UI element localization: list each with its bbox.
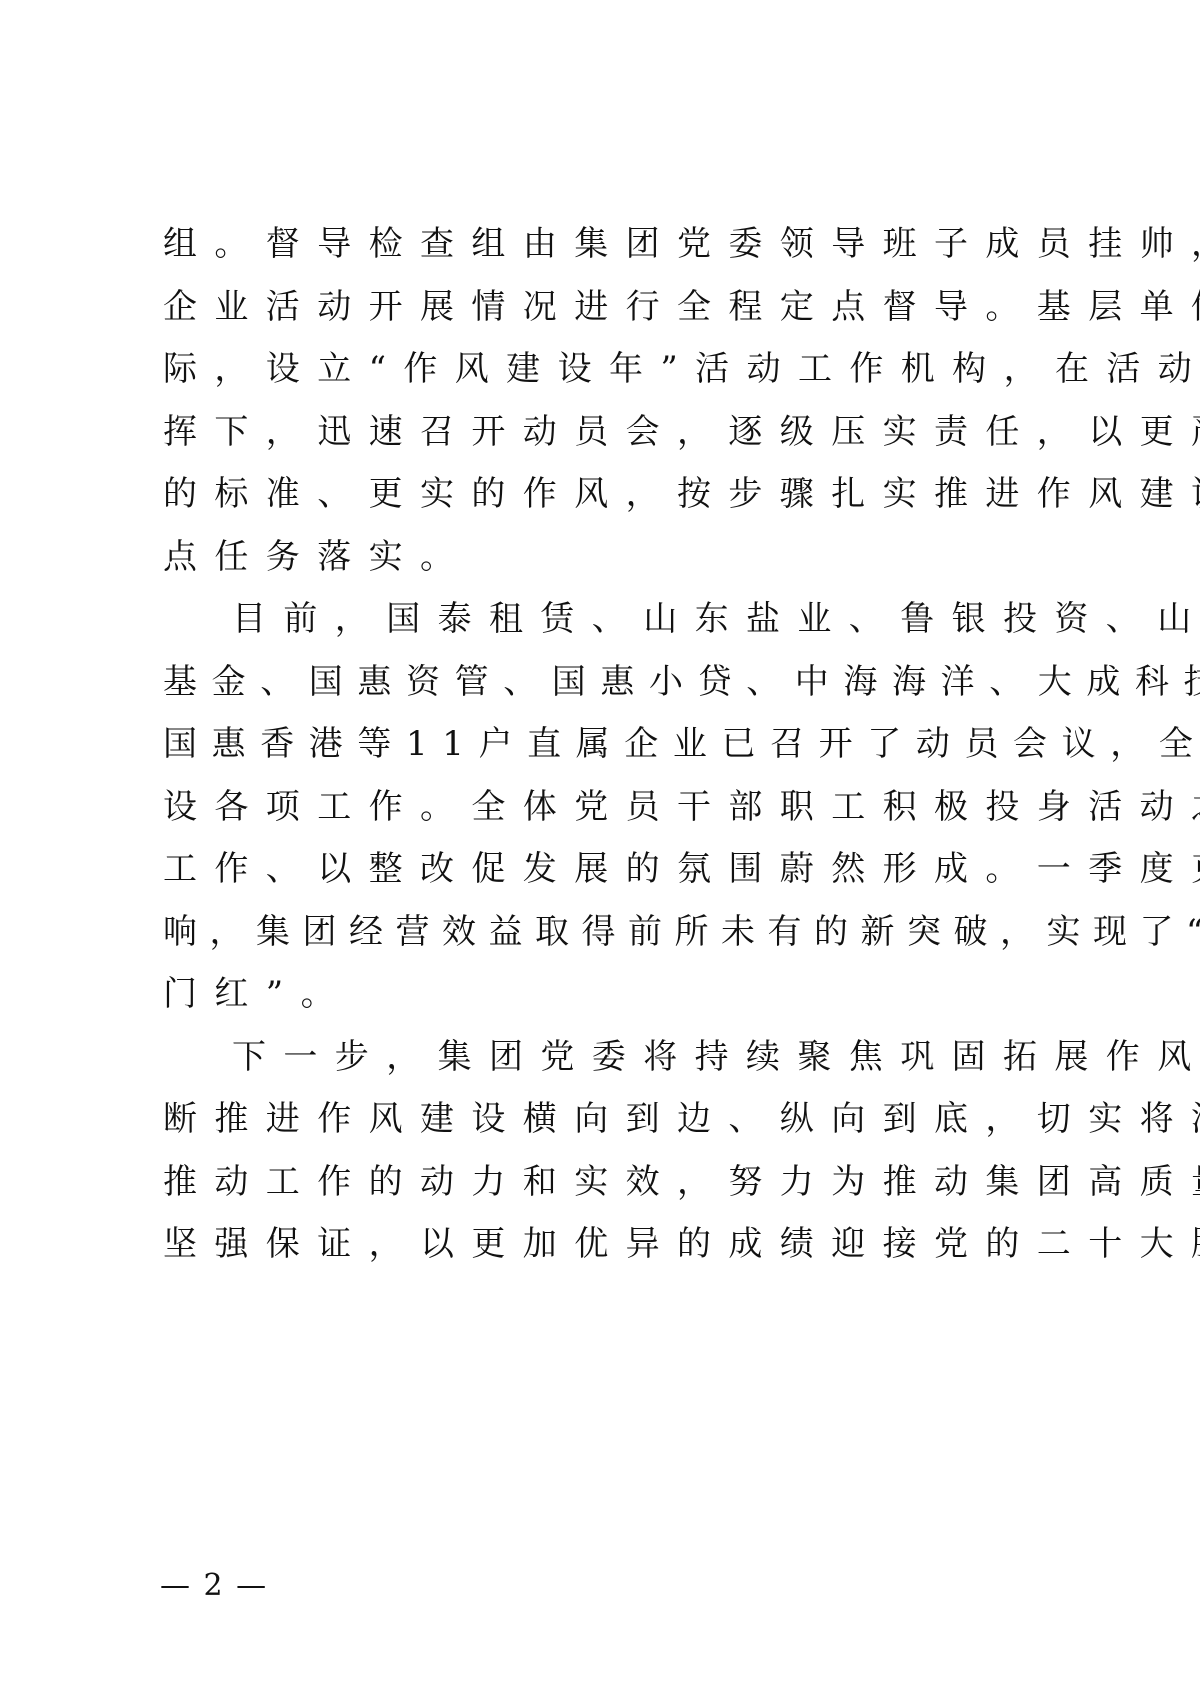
text-line: 的标准、更实的作风，按步骤扎实推进作风建设年活动各项重 — [163, 472, 1043, 535]
document-body: 组。督导检查组由集团党委领导班子成员挂帅，负责对各直属 企业活动开展情况进行全程… — [163, 222, 1043, 1285]
text-line: 推动工作的动力和实效，努力为推动集团高质量跨越发展提供 — [163, 1160, 1043, 1223]
text-line: 下一步，集团党委将持续聚焦巩固拓展作风建设成效，不 — [163, 1035, 1043, 1098]
page-number: — 2 — — [160, 1566, 268, 1606]
text-line: 基金、国惠资管、国惠小贷、中海海洋、大成科技、国惠民资、 — [163, 660, 1043, 723]
text-line: 挥下，迅速召开动员会，逐级压实责任，以更严的要求、更高 — [163, 410, 1043, 473]
text-line: 目前，国泰租赁、山东盐业、鲁银投资、山东建勘、国惠 — [163, 597, 1043, 660]
text-line: 企业活动开展情况进行全程定点督导。基层单位党组织结合实 — [163, 285, 1043, 348]
text-line: 断推进作风建设横向到边、纵向到底，切实将活动成果转化为 — [163, 1097, 1043, 1160]
text-line: 国惠香港等11户直属企业已召开了动员会议，全面铺开作风建 — [163, 722, 1043, 785]
text-line: 点任务落实。 — [163, 535, 1043, 598]
paragraph-2: 目前，国泰租赁、山东盐业、鲁银投资、山东建勘、国惠 基金、国惠资管、国惠小贷、中… — [163, 597, 1043, 1035]
text-line: 组。督导检查组由集团党委领导班子成员挂帅，负责对各直属 — [163, 222, 1043, 285]
text-line: 工作、以整改促发展的氛围蔚然形成。一季度克服疫情不利影 — [163, 847, 1043, 910]
text-line: 坚强保证，以更加优异的成绩迎接党的二十大胜利召开！ — [163, 1222, 1043, 1285]
text-line: 设各项工作。全体党员干部职工积极投身活动之中，以活动促 — [163, 785, 1043, 848]
text-line: 际，设立“作风建设年”活动工作机构，在活动办公室统一指 — [163, 347, 1043, 410]
document-page: 组。督导检查组由集团党委领导班子成员挂帅，负责对各直属 企业活动开展情况进行全程… — [0, 0, 1200, 1697]
text-line: 门红”。 — [163, 972, 1043, 1035]
paragraph-1: 组。督导检查组由集团党委领导班子成员挂帅，负责对各直属 企业活动开展情况进行全程… — [163, 222, 1043, 597]
paragraph-3: 下一步，集团党委将持续聚焦巩固拓展作风建设成效，不 断推进作风建设横向到边、纵向… — [163, 1035, 1043, 1285]
text-line: 响，集团经营效益取得前所未有的新突破，实现了“开门稳”“开 — [163, 910, 1043, 973]
